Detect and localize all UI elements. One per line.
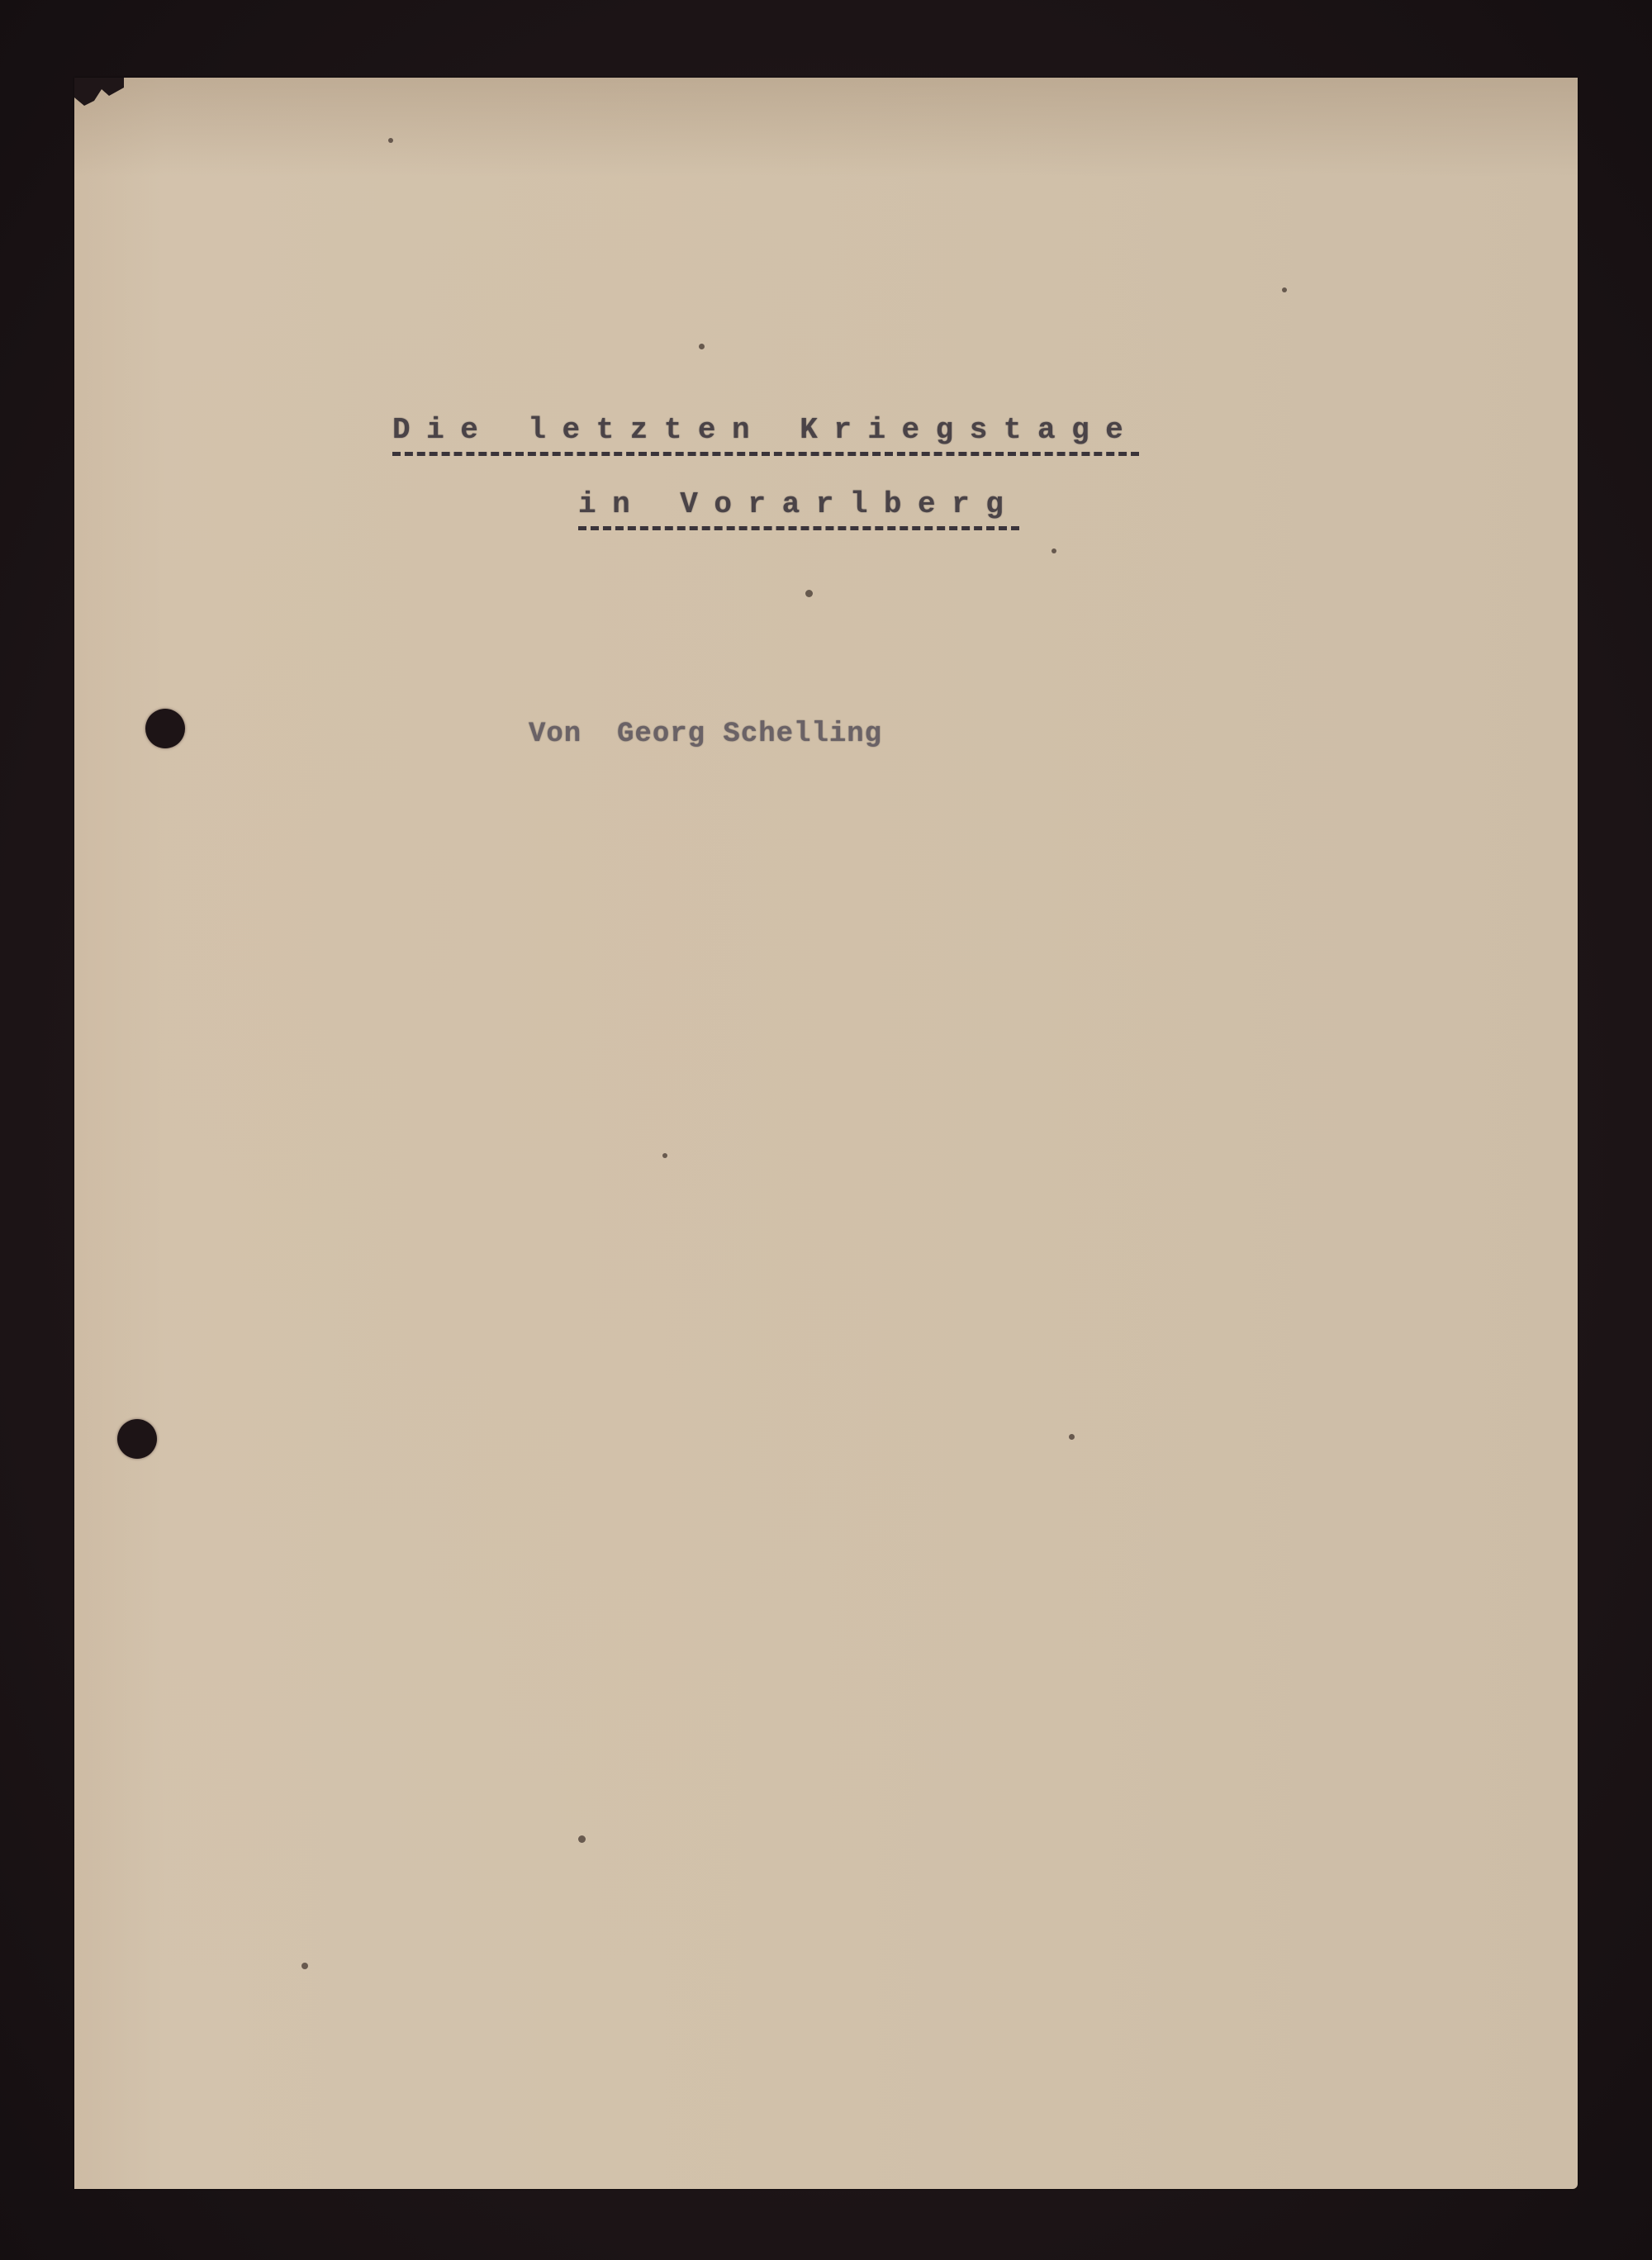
document-title-line-1: Die letzten Kriegstage	[392, 413, 1139, 456]
ink-speck	[805, 590, 813, 597]
ink-speck	[388, 138, 393, 143]
paper-sheet	[74, 78, 1578, 2189]
punch-hole-upper	[145, 709, 185, 748]
punch-hole-lower	[117, 1419, 157, 1459]
ink-speck	[662, 1153, 667, 1158]
ink-speck	[1282, 287, 1287, 292]
ink-speck	[699, 344, 705, 349]
ink-speck	[1051, 548, 1056, 553]
document-title-line-2: in Vorarlberg	[578, 487, 1019, 530]
ink-speck	[1069, 1434, 1075, 1440]
ink-speck	[578, 1835, 586, 1843]
ink-speck	[301, 1963, 308, 1969]
author-byline: Von Georg Schelling	[529, 719, 882, 750]
